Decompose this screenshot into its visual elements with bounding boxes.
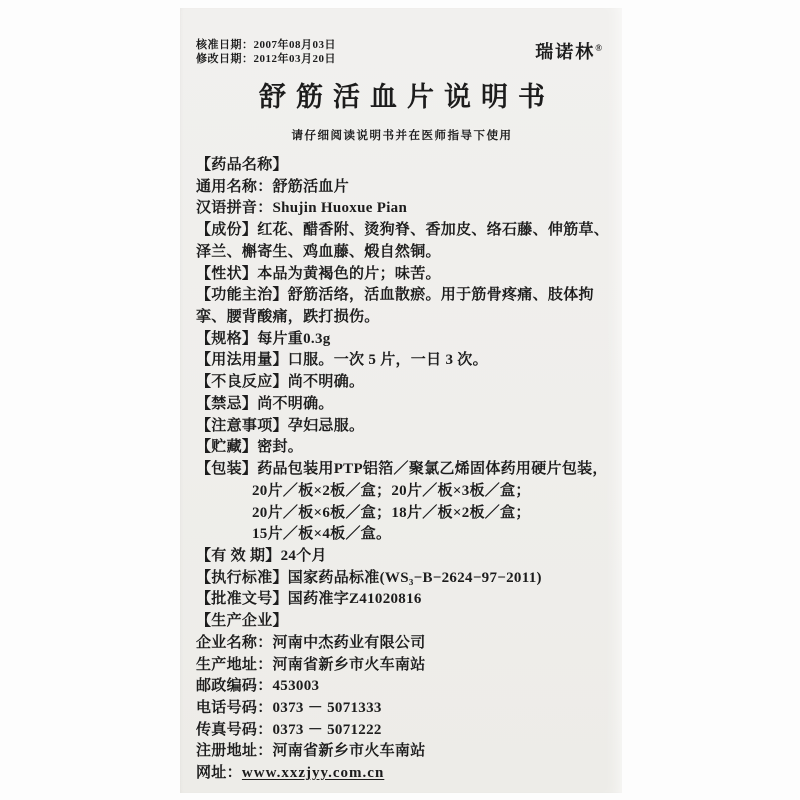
website-label: 网址： — [196, 765, 242, 781]
generic-name-line: 通用名称：舒筋活血片 — [196, 177, 608, 199]
adverse-reactions-line: 【不良反应】尚不明确。 — [196, 372, 608, 394]
packaging-line-1: 【包装】药品包装用PTP铝箔／聚氯乙烯固体药用硬片包装， — [196, 459, 608, 481]
revision-date: 修改日期：2012年03月20日 — [196, 52, 336, 66]
validity-period-line: 【有 效 期】24个月 — [196, 546, 608, 568]
storage-line: 【贮藏】密封。 — [196, 437, 608, 459]
description-line: 【性状】本品为黄褐色的片；味苦。 — [196, 264, 608, 286]
date-block: 核准日期：2007年08月03日 修改日期：2012年03月20日 — [196, 38, 336, 66]
ingredients-line-1: 【成份】红花、醋香附、烫狗脊、香加皮、络石藤、伸筋草、 — [196, 220, 608, 242]
brand-name: 瑞诺林 — [535, 42, 595, 62]
standard-line: 【执行标准】国家药品标准(WS₃−B−2624−97−2011) — [196, 568, 608, 590]
registered-trademark-icon: ® — [595, 43, 602, 53]
website-line: 网址：www.xxzjyy.com.cn — [196, 763, 608, 785]
section-manufacturer: 【生产企业】 — [196, 611, 608, 633]
website-url: www.xxzjyy.com.cn — [242, 765, 384, 781]
dosage-line: 【用法用量】口服。一次 5 片，一日 3 次。 — [196, 350, 608, 372]
postal-code-line: 邮政编码：453003 — [196, 676, 608, 698]
packaging-line-3: 20片／板×6板／盒；18片／板×2板／盒； — [252, 503, 608, 525]
screenshot-root: { "header": { "approval_date_line": "核准日… — [0, 0, 800, 800]
precautions-line: 【注意事项】孕妇忌服。 — [196, 416, 608, 438]
company-name-line: 企业名称：河南中杰药业有限公司 — [196, 633, 608, 655]
functions-line-2: 挛、腰背酸痛，跌打损伤。 — [196, 307, 608, 329]
fax-number-line: 传真号码：0373 － 5071222 — [196, 720, 608, 742]
leaflet-paper: 核准日期：2007年08月03日 修改日期：2012年03月20日 瑞诺林® 舒… — [180, 8, 622, 793]
packaging-line-2: 20片／板×2板／盒；20片／板×3板／盒； — [252, 481, 608, 503]
section-drug-name: 【药品名称】 — [196, 155, 608, 177]
approval-number-line: 【批准文号】国药准字Z41020816 — [196, 589, 608, 611]
leaflet-header: 核准日期：2007年08月03日 修改日期：2012年03月20日 瑞诺林® — [196, 38, 608, 66]
page-title: 舒筋活血片说明书 — [196, 82, 608, 112]
packaging-line-4: 15片／板×4板／盒。 — [252, 524, 608, 546]
registered-address-line: 注册地址：河南省新乡市火车南站 — [196, 741, 608, 763]
leaflet-body: 【药品名称】 通用名称：舒筋活血片 汉语拼音：Shujin Huoxue Pia… — [196, 155, 608, 785]
functions-line-1: 【功能主治】舒筋活络，活血散瘀。用于筋骨疼痛、肢体拘 — [196, 285, 608, 307]
approval-date: 核准日期：2007年08月03日 — [196, 38, 336, 52]
phone-number-line: 电话号码：0373 － 5071333 — [196, 698, 608, 720]
contraindications-line: 【禁忌】尚不明确。 — [196, 394, 608, 416]
production-address-line: 生产地址：河南省新乡市火车南站 — [196, 655, 608, 677]
specification-line: 【规格】每片重0.3g — [196, 329, 608, 351]
ingredients-line-2: 泽兰、槲寄生、鸡血藤、煅自然铜。 — [196, 242, 608, 264]
brand-logo: 瑞诺林® — [535, 38, 602, 64]
usage-advisory: 请仔细阅读说明书并在医师指导下使用 — [196, 127, 608, 143]
pinyin-line: 汉语拼音：Shujin Huoxue Pian — [196, 198, 608, 220]
